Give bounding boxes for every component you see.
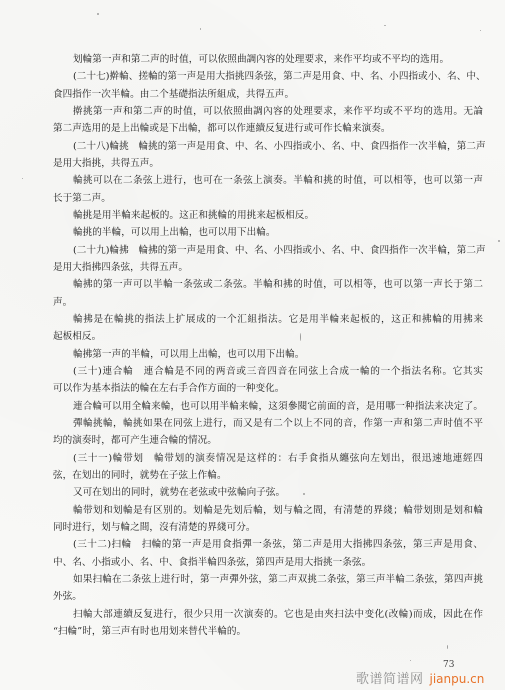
text-line: 輪挑是用半輪来起板的。这正和挑輪的用挑来起板相反。 <box>73 207 483 224</box>
text-line: 长于第二声。 <box>53 190 483 207</box>
scan-speck <box>303 493 305 495</box>
text-line: 外弦。 <box>53 588 483 605</box>
text-line: 是用大指拂四条弦，共得五声。 <box>53 259 483 276</box>
text-line: 起板相反。 <box>53 328 483 345</box>
scan-speck <box>410 660 411 661</box>
text-line: (三十二)扫輪 扫輪的第一声是用食指彈一条弦，第二声是用大指拂四条弦，第三声是用… <box>73 536 483 553</box>
watermark-site-name: 歌谱简谱网 <box>356 672 424 687</box>
text-line: 第二声选用的是上出輪或是下出輪，都可以作連續反复进行或可作长輪来演奏。 <box>53 120 483 137</box>
text-line: 弦，在划出的同时，就势在子弦上作輪。 <box>53 467 483 484</box>
watermark-url: jianpu.cn <box>430 672 485 686</box>
text-line: 中、名、小指或小、名、中、食指半輪四条弦，第四声是用大指挑一条弦。 <box>53 554 483 571</box>
text-line: 擀挑第一声和第二声的时值，可以依照曲調內容的处理要求，来作平均或不平均的选用。无… <box>73 103 483 120</box>
text-line: (二十九)輪拂 輪拂的第一声是用食、中、名、小四指或小、名、中、食四指作一次半輪… <box>73 242 483 259</box>
text-line: 輪挑的半輪，可以用上出輪，也可以用下出輪。 <box>73 224 483 241</box>
watermark: 歌谱简谱网jianpu.cn <box>356 668 484 687</box>
scan-speck <box>97 13 99 15</box>
scanned-page: 划輪第一声和第二声的时值，可以依照曲調內容的处理要求，来作平均或不平均的选用。(… <box>0 0 505 690</box>
text-line: 扫輪大部連續反复进行，很少只用一次演奏的。它也是由夾扫法中变化(改輪)而成，因此… <box>73 606 483 623</box>
text-line: (二十七)擀輪、搓輪的第一声是用大指挑四条弦，第二声是用食、中、名、小四指或小、… <box>73 68 483 85</box>
scan-speck <box>384 25 386 26</box>
scan-speck <box>447 645 448 649</box>
text-line: 划輪第一声和第二声的时值，可以依照曲調內容的处理要求，来作平均或不平均的选用。 <box>73 51 483 68</box>
text-line: (三十一)輪带划 輪带划的演奏情况是这样的：右手食指从纏弦向左划出，很迅速地連經… <box>73 450 483 467</box>
text-line: 彈輪挑輪，輪挑如果在同弦上进行，而又是有二个以上不同的音，作第一声和第二声时值不… <box>73 415 483 432</box>
scan-speck <box>498 240 500 242</box>
scan-speck <box>200 28 201 30</box>
text-line: 輪拂的第一声可以半輪一条弦或二条弦。半輪和拂的时值，可以相等，也可以第一声长于第… <box>73 276 483 293</box>
text-line: 輪挑可以在二条弦上进行，也可在一条弦上演奏。半輪和挑的时值，可以相等，也可以第一… <box>73 172 483 189</box>
text-line: 是用大指挑，共得五声。 <box>53 155 483 172</box>
text-line: 輪带划和划輪是有区别的。划輪是先划后輪，划与輪之間，有清楚的界綫；輪带划則是划和… <box>73 502 483 519</box>
text-line: 可以作为基本指法的輪在左右手合作方面的一种变化。 <box>53 380 483 397</box>
text-line: 同时进行，划与輪之間，沒有清楚的界綫可分。 <box>53 519 483 536</box>
text-line: 如果扫輪在二条弦上进行时，第一声彈外弦，第二声双挑二条弦，第三声半輪二条弦，第四… <box>73 571 483 588</box>
text-line: 均的演奏时，都可产生連合輪的情况。 <box>53 432 483 449</box>
text-line: (三十)連合輪 連合輪是不同的两音或三音四音在同弦上合成一輪的一个指法名称。它其… <box>73 363 483 380</box>
text-line: 輪拂是在輪挑的指法上扩展成的一个汇組指法。它是用半輪来起板的，这正和拂輪的用拂来 <box>73 311 483 328</box>
text-line: (二十八)輪挑 輪挑的第一声是用食、中、名、小四指或小、名、中、食四指作一次半輪… <box>73 138 483 155</box>
scan-speck <box>300 333 301 341</box>
text-line: 食四指作一次半輪。由二个基礎指法所組成，共得五声。 <box>53 86 483 103</box>
scan-speck <box>22 178 23 179</box>
text-line: 輪拂第一声的半輪，可以用上出輪，也可以用下出輪。 <box>73 346 483 363</box>
text-line: 又可在划出的同时，就势在老弦或中弦輪向子弦。 <box>73 484 483 501</box>
text-line: 連合輪可以用全輪来輪，也可以用半輪来輪，这須參閱它前面的音，是用哪一种指法来决定… <box>73 398 483 415</box>
text-line: 声。 <box>53 294 483 311</box>
text-line: “扫輪”时，第三声有时也用划来替代半輪的。 <box>53 623 483 640</box>
scan-speck <box>480 30 481 31</box>
